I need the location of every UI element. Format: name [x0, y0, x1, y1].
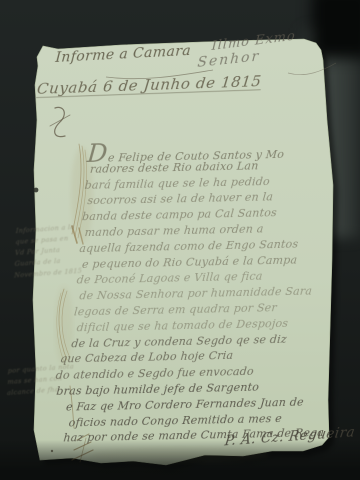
paper-hole: [34, 188, 39, 193]
manuscript-photo: Informe a Camara Illmo Exmo Senhor Cuyab…: [0, 0, 360, 480]
margin-notes-lower: por quanto la nota mas se han con alcanc…: [7, 361, 84, 399]
margin-notes-upper: Informacion a la que se pasa en Vd Por J…: [14, 220, 96, 281]
background-bottom-shadow: [0, 440, 360, 480]
body-text: De Felipe de Couto Santos y Mo radores d…: [63, 141, 340, 447]
